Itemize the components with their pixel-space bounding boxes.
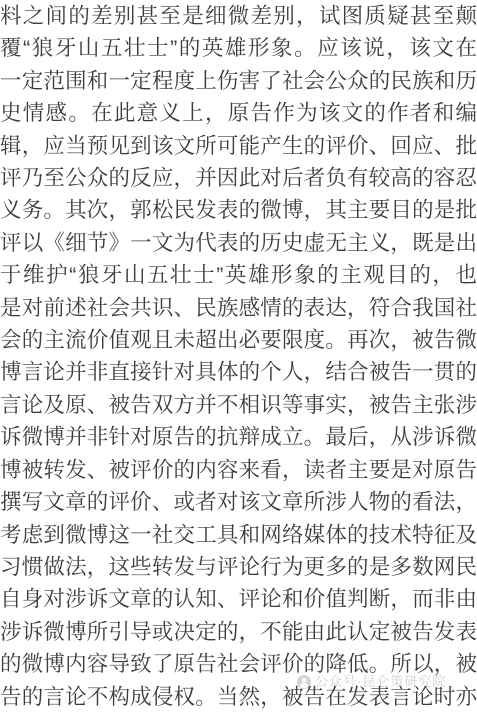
text-line: 的微博内容导致了原告社会评价的降低。所以，被 bbox=[0, 648, 477, 680]
text-line: 自身对涉诉文章的认知、评论和价值判断，而非由 bbox=[0, 583, 477, 615]
text-line: 义务。其次，郭松民发表的微博，其主要目的是批 bbox=[0, 194, 477, 226]
text-line: 考虑到微博这一社交工具和网络媒体的技术特征及 bbox=[0, 519, 477, 551]
text-line: 博言论并非直接针对具体的个人，结合被告一贯的 bbox=[0, 356, 477, 388]
text-line: 是对前述社会共识、民族感情的表达，符合我国社 bbox=[0, 292, 477, 324]
text-line: 于维护“狼牙山五壮士”英雄形象的主观目的，也 bbox=[0, 259, 477, 291]
text-line: 涉诉微博所引导或决定的，不能由此认定被告发表 bbox=[0, 616, 477, 648]
article-page: 公众号·昆仑策研究院 料之间的差别甚至是细微差别，试图质疑甚至颠 覆“狼牙山五壮… bbox=[0, 0, 477, 713]
article-text: 料之间的差别甚至是细微差别，试图质疑甚至颠 覆“狼牙山五壮士”的英雄形象。应该说… bbox=[0, 0, 477, 713]
text-line: 诉微博并非针对原告的抗辩成立。最后，从涉诉微 bbox=[0, 421, 477, 453]
text-line: 博被转发、被评价的内容来看，读者主要是对原告 bbox=[0, 454, 477, 486]
text-line: 习惯做法，这些转发与评论行为更多的是多数网民 bbox=[0, 551, 477, 583]
text-line: 言论及原、被告双方并不相识等事实，被告主张涉 bbox=[0, 389, 477, 421]
text-line: 一定范围和一定程度上伤害了社会公众的民族和历 bbox=[0, 65, 477, 97]
text-line: 会的主流价值观且未超出必要限度。再次，被告微 bbox=[0, 324, 477, 356]
text-line: 撰写文章的评价、或者对该文章所涉人物的看法， bbox=[0, 486, 477, 518]
text-line: 告的言论不构成侵权。当然，被告在发表言论时亦 bbox=[0, 681, 477, 713]
text-line: 覆“狼牙山五壮士”的英雄形象。应该说，该文在 bbox=[0, 32, 477, 64]
text-line: 史情感。在此意义上，原告作为该文的作者和编 bbox=[0, 97, 477, 129]
text-line: 评乃至公众的反应，并因此对后者负有较高的容忍 bbox=[0, 162, 477, 194]
text-line: 辑，应当预见到该文所可能产生的评价、回应、批 bbox=[0, 130, 477, 162]
text-line: 料之间的差别甚至是细微差别，试图质疑甚至颠 bbox=[0, 0, 477, 32]
text-line: 评以《细节》一文为代表的历史虚无主义，既是出 bbox=[0, 227, 477, 259]
